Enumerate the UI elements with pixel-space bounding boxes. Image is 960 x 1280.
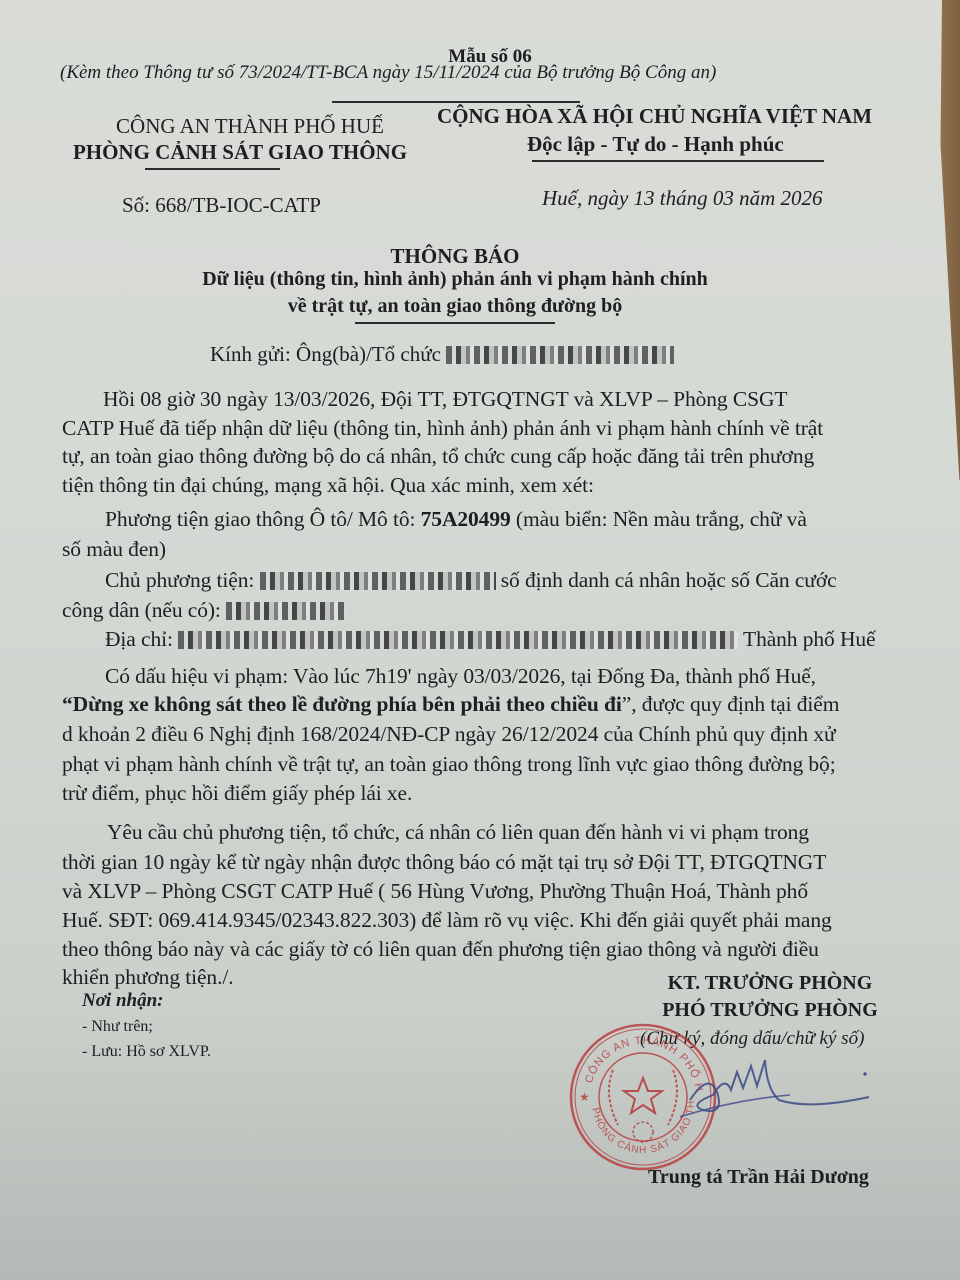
- handwritten-signature-icon: [680, 1040, 900, 1140]
- intro-line-3: tự, an toàn giao thông đường bộ do cá nh…: [62, 444, 814, 469]
- request-line-4: Huế. SĐT: 069.414.9345/02343.822.303) để…: [62, 908, 832, 933]
- owner-rest: số định danh cá nhân hoặc số Căn cước: [496, 568, 837, 592]
- signature-title-2: PHÓ TRƯỞNG PHÒNG: [600, 999, 940, 1022]
- divider-line: [332, 101, 580, 103]
- violation-line-2-rest: ”, được quy định tại điểm: [622, 692, 840, 716]
- recipients-item-2: - Lưu: Hồ sơ XLVP.: [82, 1043, 211, 1061]
- svg-text:★: ★: [579, 1090, 590, 1104]
- request-line-2: thời gian 10 ngày kể từ ngày nhận được t…: [62, 850, 826, 875]
- request-line-3: và XLVP – Phòng CSGT CATP Huế ( 56 Hùng …: [62, 879, 808, 904]
- vehicle-plate-color: (màu biển: Nền màu trắng, chữ và: [511, 507, 807, 531]
- signature-title-1: KT. TRƯỞNG PHÒNG: [600, 972, 940, 995]
- address-tail: Thành phố Huế: [743, 627, 875, 651]
- notice-subtitle-2: về trật tự, an toàn giao thông đường bộ: [0, 295, 910, 318]
- recipient-line: Kính gửi: Ông(bà)/Tổ chức: [210, 342, 674, 367]
- notice-subtitle-1: Dữ liệu (thông tin, hình ảnh) phản ánh v…: [0, 268, 910, 291]
- department-name: PHÒNG CẢNH SÁT GIAO THÔNG: [40, 140, 440, 165]
- id-number-redacted: [226, 602, 346, 620]
- license-plate: 75A20499: [421, 507, 511, 531]
- vehicle-label: Phương tiện giao thông Ô tô/ Mô tô:: [105, 507, 421, 531]
- id-line: công dân (nếu có):: [62, 598, 346, 623]
- notice-title: THÔNG BÁO: [0, 244, 910, 269]
- owner-label: Chủ phương tiện:: [105, 568, 260, 592]
- request-line-5: theo thông báo này và các giấy tờ có liê…: [62, 937, 819, 962]
- agency-name: CÔNG AN THÀNH PHỐ HUẾ: [60, 114, 440, 139]
- request-line-6: khiển phương tiện./.: [62, 965, 234, 990]
- title-underline: [355, 322, 555, 324]
- recipients-label: Nơi nhận:: [82, 990, 163, 1012]
- nation-name: CỘNG HÒA XÃ HỘI CHỦ NGHĨA VIỆT NAM: [437, 104, 872, 129]
- violation-line-2: “Dừng xe không sát theo lề đường phía bê…: [62, 692, 839, 717]
- address-redacted: [178, 631, 738, 649]
- violation-line-4: phạt vi phạm hành chính về trật tự, an t…: [62, 752, 836, 777]
- attached-note: (Kèm theo Thông tư số 73/2024/TT-BCA ngà…: [60, 62, 716, 84]
- violation-line-1: Có dấu hiệu vi phạm: Vào lúc 7h19' ngày …: [105, 664, 816, 689]
- place-date: Huế, ngày 13 tháng 03 năm 2026: [542, 186, 823, 211]
- violation-line-5: trừ điểm, phục hồi điểm giấy phép lái xe…: [62, 781, 412, 806]
- motto-underline: [532, 160, 824, 162]
- intro-line-4: tiện thông tin đại chúng, mạng xã hội. Q…: [62, 473, 594, 498]
- id-label: công dân (nếu có):: [62, 598, 226, 622]
- recipient-label: Kính gửi: Ông(bà)/Tổ chức: [210, 342, 441, 366]
- motto: Độc lập - Tự do - Hạnh phúc: [527, 132, 784, 157]
- signer-name: Trung tá Trần Hải Dương: [648, 1166, 869, 1189]
- recipients-item-1: - Như trên;: [82, 1018, 153, 1036]
- intro-line-2: CATP Huế đã tiếp nhận dữ liệu (thông tin…: [62, 416, 823, 441]
- owner-line: Chủ phương tiện: số định danh cá nhân ho…: [105, 568, 837, 593]
- violation-line-3: d khoản 2 điều 6 Nghị định 168/2024/NĐ-C…: [62, 722, 836, 747]
- owner-name-redacted: [260, 572, 496, 590]
- address-label: Địa chỉ:: [105, 627, 178, 651]
- intro-line-1: Hồi 08 giờ 30 ngày 13/03/2026, Đội TT, Đ…: [103, 387, 787, 412]
- vehicle-line-2: số màu đen): [62, 537, 166, 562]
- department-underline: [145, 168, 280, 170]
- violation-description: “Dừng xe không sát theo lề đường phía bê…: [62, 692, 622, 716]
- doc-number: Số: 668/TB-IOC-CATP: [122, 193, 321, 218]
- recipient-name-redacted: [446, 346, 674, 364]
- request-line-1: Yêu cầu chủ phương tiện, tổ chức, cá nhâ…: [107, 820, 809, 845]
- address-line: Địa chỉ: Thành phố Huế: [105, 627, 875, 652]
- vehicle-line: Phương tiện giao thông Ô tô/ Mô tô: 75A2…: [105, 507, 807, 532]
